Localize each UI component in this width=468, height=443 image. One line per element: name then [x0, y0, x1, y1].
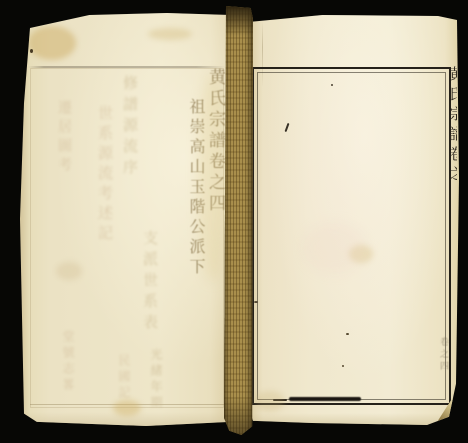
margin-note: 卷之四	[439, 337, 448, 373]
bleedthrough-column: 世系源流考述記	[97, 105, 112, 245]
ink-speck	[30, 49, 33, 53]
bleedthrough-column: 光緒年期	[150, 348, 162, 412]
edge-title-column: 黄氏宗譜卷之	[448, 66, 457, 186]
scanned-book-photo: 黄氏宗譜卷之四 祖崇高山玉階公派下 修譜源流序 世系源流考述記 遷居圖考 支派世…	[0, 0, 468, 443]
ink-speck	[346, 333, 349, 335]
ink-speck	[331, 84, 333, 86]
frame-ink-blotch	[289, 397, 361, 401]
bleedthrough-column: 支派世系表	[142, 230, 157, 335]
bleedthrough-column: 堂號志畧	[62, 330, 74, 394]
edge-title-clip: 黄氏宗譜卷之	[448, 66, 457, 211]
paper-stain	[255, 391, 285, 411]
paper-stain	[304, 223, 366, 273]
paper-stain	[148, 28, 192, 40]
ink-speck	[342, 365, 344, 367]
bleedthrough-column: 修譜源流序	[122, 75, 137, 180]
bleedthrough-column: 遷居圖考	[58, 100, 72, 176]
paper-stain	[56, 262, 82, 280]
paper-stain	[198, 72, 228, 282]
bleedthrough-column: 民國記	[118, 354, 130, 402]
paper-stain	[113, 400, 141, 416]
book-spine	[224, 6, 253, 435]
right-page: 黄氏宗譜卷之 卷之四	[249, 13, 459, 425]
ink-speck	[254, 301, 258, 303]
left-page: 黄氏宗譜卷之四 祖崇高山玉階公派下 修譜源流序 世系源流考述記 遷居圖考 支派世…	[20, 12, 230, 426]
paper-stain	[28, 26, 76, 60]
